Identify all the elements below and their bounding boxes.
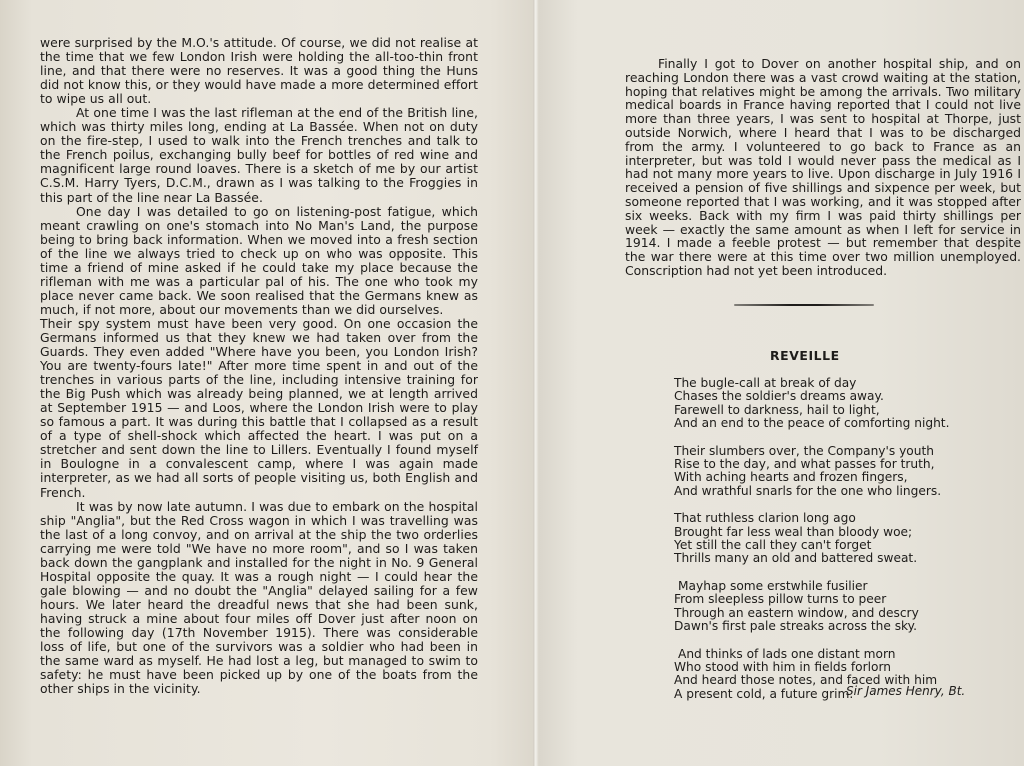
paragraph: Finally I got to Dover on another hospit… bbox=[625, 57, 1021, 278]
poem-attribution: Sir James Henry, Bt. bbox=[846, 684, 965, 698]
poem-line: Brought far less weal than bloody woe; bbox=[674, 526, 994, 539]
poem-stanza: That ruthless clarion long ago Brought f… bbox=[674, 512, 994, 566]
poem-line: That ruthless clarion long ago bbox=[674, 512, 994, 525]
poem-line: Through an eastern window, and descry bbox=[674, 607, 994, 620]
poem-line: Their slumbers over, the Company's youth bbox=[674, 445, 994, 458]
poem-line: Chases the soldier's dreams away. bbox=[674, 390, 994, 403]
poem-line: And an end to the peace of comforting ni… bbox=[674, 417, 994, 430]
poem-line: Rise to the day, and what passes for tru… bbox=[674, 458, 994, 471]
paragraph: It was by now late autumn. I was due to … bbox=[40, 500, 478, 697]
poem-stanza: The bugle-call at break of day Chases th… bbox=[674, 377, 994, 431]
paragraph: At one time I was the last rifleman at t… bbox=[40, 106, 478, 204]
poem-line: Thrills many an old and battered sweat. bbox=[674, 552, 994, 565]
paragraph: Their spy system must have been very goo… bbox=[40, 317, 478, 500]
poem-stanza: Mayhap some erstwhile fusilier From slee… bbox=[674, 580, 994, 634]
paragraph: One day I was detailed to go on listenin… bbox=[40, 205, 478, 317]
poem-line: The bugle-call at break of day bbox=[674, 377, 994, 390]
poem-line: Mayhap some erstwhile fusilier bbox=[674, 580, 994, 593]
poem-line: And thinks of lads one distant morn bbox=[674, 648, 994, 661]
poem: The bugle-call at break of day Chases th… bbox=[674, 377, 994, 715]
poem-stanza: Their slumbers over, the Company's youth… bbox=[674, 445, 994, 499]
paragraph: were surprised by the M.O.'s attitude. O… bbox=[40, 36, 478, 106]
right-page-body: Finally I got to Dover on another hospit… bbox=[625, 57, 1021, 278]
poem-line: Who stood with him in fields forlorn bbox=[674, 661, 994, 674]
left-page-body: were surprised by the M.O.'s attitude. O… bbox=[40, 36, 478, 696]
poem-line: Yet still the call they can't forget bbox=[674, 539, 994, 552]
left-page: were surprised by the M.O.'s attitude. O… bbox=[0, 0, 533, 766]
poem-line: And wrathful snarls for the one who ling… bbox=[674, 485, 994, 498]
section-divider-rule bbox=[734, 304, 874, 306]
poem-title: REVEILLE bbox=[770, 348, 880, 363]
poem-line: With aching hearts and frozen fingers, bbox=[674, 471, 994, 484]
poem-line: Dawn's first pale streaks across the sky… bbox=[674, 620, 994, 633]
book-spread: were surprised by the M.O.'s attitude. O… bbox=[0, 0, 1024, 766]
poem-line: From sleepless pillow turns to peer bbox=[674, 593, 994, 606]
poem-line: Farewell to darkness, hail to light, bbox=[674, 404, 994, 417]
